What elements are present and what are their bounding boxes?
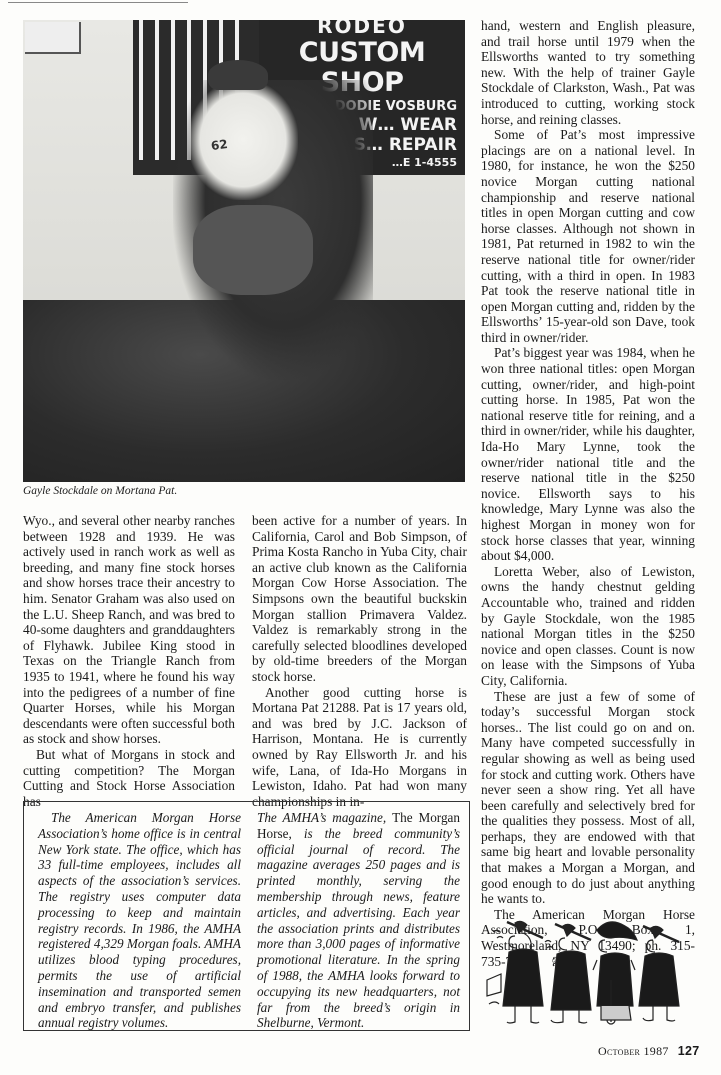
paragraph: But what of Morgans in stock and cutting…	[23, 747, 235, 809]
sign-line: RODEO	[259, 20, 465, 38]
sidebar-column-left: The American Morgan Horse Association’s …	[38, 810, 241, 1024]
paragraph: Another good cutting horse is Mortana Pa…	[252, 685, 467, 810]
article-column-2: been active for a number of years. In Ca…	[252, 513, 467, 809]
top-rule	[8, 2, 188, 3]
amha-sidebar-box: The American Morgan Horse Association’s …	[23, 801, 470, 1031]
paragraph: Pat’s biggest year was 1984, when he won…	[481, 345, 695, 563]
photo-rider-chaps	[193, 205, 313, 295]
page-number: 127	[678, 1044, 700, 1058]
sidebar-rest: is the breed community’s official journa…	[257, 826, 460, 1031]
paragraph: Wyo., and several other nearby ranches b…	[23, 513, 235, 747]
page-footer: October 1987 127	[598, 1044, 700, 1059]
rider-number: 62	[210, 137, 228, 153]
photo-wall-box	[25, 22, 81, 54]
graduates-cartoon-illustration	[485, 908, 690, 1026]
sidebar-paragraph: The AMHA’s magazine, The Morgan Horse, i…	[257, 810, 460, 1031]
sidebar-column-right: The AMHA’s magazine, The Morgan Horse, i…	[257, 810, 460, 1024]
article-column-1: Wyo., and several other nearby ranches b…	[23, 513, 235, 809]
sidebar-paragraph: The American Morgan Horse Association’s …	[38, 810, 241, 1031]
article-column-3: hand, western and English pleasure, and …	[481, 18, 695, 971]
paragraph: These are just a few of some of today’s …	[481, 689, 695, 907]
paragraph: Some of Pat’s most impressive placings a…	[481, 127, 695, 345]
paragraph: hand, western and English pleasure, and …	[481, 18, 695, 127]
photo-caption: Gayle Stockdale on Mortana Pat.	[23, 485, 177, 497]
paragraph: Loretta Weber, also of Lewiston, owns th…	[481, 564, 695, 689]
issue-date: October 1987	[598, 1044, 669, 1058]
photo-rider-hat	[208, 60, 268, 90]
sidebar-lead: The AMHA’s magazine,	[257, 810, 386, 825]
paragraph: been active for a number of years. In Ca…	[252, 513, 467, 685]
photo-rider	[188, 80, 298, 200]
article-photo: RODEO CUSTOM SHOP D… DODIE VOSBURG W… WE…	[23, 20, 465, 482]
